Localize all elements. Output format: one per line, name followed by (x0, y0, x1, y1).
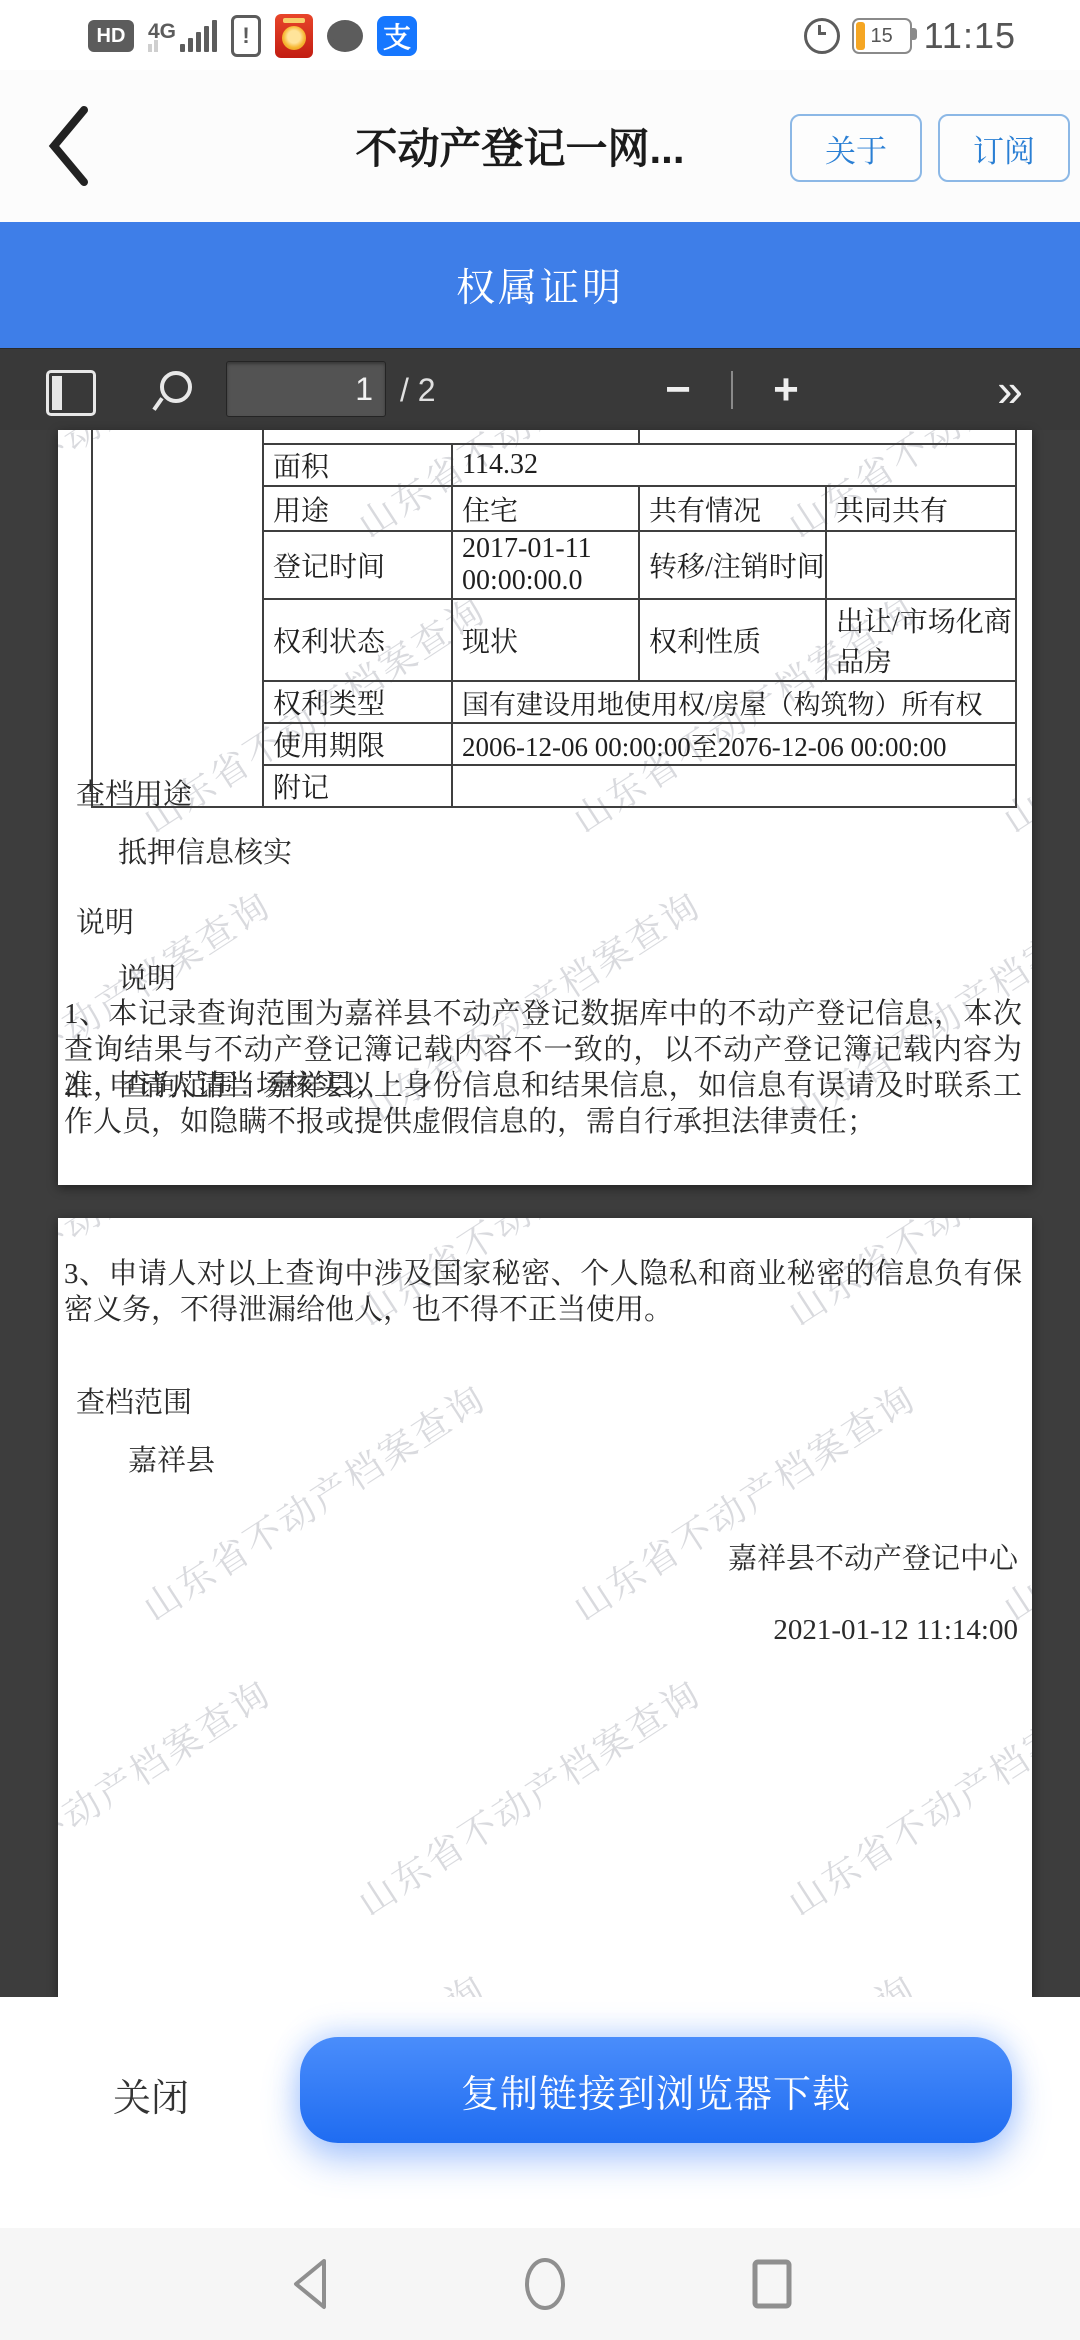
pdf-toolbar: / 2 − + » (0, 348, 1080, 431)
scope-value: 嘉祥县 (128, 1438, 215, 1479)
sidebar-toggle-icon[interactable] (46, 370, 96, 416)
red-app-notification-icon (275, 14, 313, 58)
watermark-text: 山东省不动产档案查询 (561, 1368, 926, 1631)
watermark-layer: 山东省不动产档案查询山东省不动产档案查询山东省不动产档案查询山东省不动产档案查询… (58, 1218, 1032, 1997)
toolbar-more-button[interactable]: » (970, 349, 1050, 431)
search-handle (152, 397, 163, 411)
page-total-label: / 2 (400, 349, 436, 431)
android-back-button[interactable] (270, 2250, 350, 2318)
note-paragraph-3: 3、申请人对以上查询中涉及国家秘密、个人隐私和商业秘密的信息负有保密义务，不得泄… (64, 1256, 1022, 1328)
home-circle-icon (521, 2255, 569, 2313)
banner-title: 权属证明 (456, 257, 624, 313)
issue-date: 2021-01-12 11:14:00 (773, 1614, 1018, 1647)
watermark-text: 山东省不动产档案查询 (561, 1958, 926, 1997)
alarm-clock-icon (804, 18, 840, 54)
issuer-name: 嘉祥县不动产登记中心 (728, 1536, 1018, 1577)
recents-square-icon (748, 2255, 796, 2313)
zoom-in-button[interactable]: + (756, 349, 816, 431)
watermark-text: 山东省不动产档案查询 (346, 1663, 711, 1926)
pdf-page-1: 山东省不动产档案查询山东省不动产档案查询山东省不动产档案查询山东省不动产档案查询… (58, 430, 1032, 1185)
bottom-action-bar: 关闭 复制链接到浏览器下载 (0, 1997, 1080, 2228)
sim-alert-icon: ! (231, 15, 261, 57)
watermark-text: 山东省不动产档案查询 (131, 1170, 496, 1185)
watermark-text: 山东省不动产档案查询 (561, 1170, 926, 1185)
page-number-input[interactable] (226, 361, 386, 417)
notes-section-title: 说明 (76, 900, 134, 941)
android-navigation-bar (0, 2228, 1080, 2340)
purpose-value: 抵押信息核实 (118, 830, 292, 871)
watermark-text: 山东省不动产档案查询 (991, 1368, 1032, 1631)
battery-percent: 15 (870, 25, 892, 48)
search-icon[interactable] (150, 369, 196, 413)
watermark-text: 山东省不动产档案查询 (991, 1958, 1032, 1997)
property-table: 面积 114.32 用途 住宅 共有情况 共同共有 登记时间 2017-01-1… (91, 430, 1017, 808)
watermark-text: 山东省不动产档案查询 (776, 1663, 1032, 1926)
clock-time: 11:15 (924, 15, 1016, 57)
scope-section-title: 查档范围 (76, 1380, 192, 1421)
back-triangle-icon (288, 2255, 332, 2313)
page-title: 不动产登记一网... (240, 70, 800, 222)
network-type-label: 4G (148, 24, 176, 40)
note-paragraph-2: 2、申请人请当场核实以上身份信息和结果信息，如信息有误请及时联系工作人员，如隐瞒… (64, 1068, 1022, 1140)
battery-icon: 15 (852, 18, 912, 54)
search-lens (160, 371, 192, 403)
android-recents-button[interactable] (732, 2250, 812, 2318)
copy-link-download-button[interactable]: 复制链接到浏览器下载 (300, 2037, 1012, 2143)
message-bubble-icon (327, 20, 363, 52)
pdf-page-2: 山东省不动产档案查询山东省不动产档案查询山东省不动产档案查询山东省不动产档案查询… (58, 1218, 1032, 1997)
zoom-out-button[interactable]: − (648, 349, 708, 431)
notes-subtitle: 说明 (118, 956, 176, 997)
battery-fill (856, 22, 865, 50)
hd-voice-icon: HD (88, 20, 134, 52)
subscribe-button[interactable]: 订阅 (938, 114, 1070, 182)
about-button[interactable]: 关于 (790, 114, 922, 182)
android-home-button[interactable] (505, 2250, 585, 2318)
table-row (92, 430, 1016, 444)
watermark-text: 山东省不动产档案查询 (991, 1170, 1032, 1185)
pdf-viewer[interactable]: 山东省不动产档案查询山东省不动产档案查询山东省不动产档案查询山东省不动产档案查询… (0, 430, 1080, 1997)
app-nav-bar: 不动产登记一网... 关于 订阅 (0, 70, 1080, 223)
alipay-icon: 支 (377, 16, 417, 56)
document-banner: 权属证明 (0, 222, 1080, 348)
close-button[interactable]: 关闭 (96, 2059, 206, 2129)
secondary-signal-icon (148, 40, 158, 52)
back-chevron-icon (40, 96, 96, 196)
status-bar: HD 4G ! 支 15 11:15 (0, 0, 1080, 70)
network-signal-icon: 4G (148, 20, 217, 52)
toolbar-divider (731, 371, 733, 409)
watermark-text: 山东省不动产档案查询 (58, 1663, 280, 1926)
watermark-text: 山东省不动产档案查询 (131, 1958, 496, 1997)
purpose-section-title: 查档用途 (76, 772, 192, 813)
signal-bars-icon (180, 20, 217, 52)
back-button[interactable] (40, 96, 120, 196)
